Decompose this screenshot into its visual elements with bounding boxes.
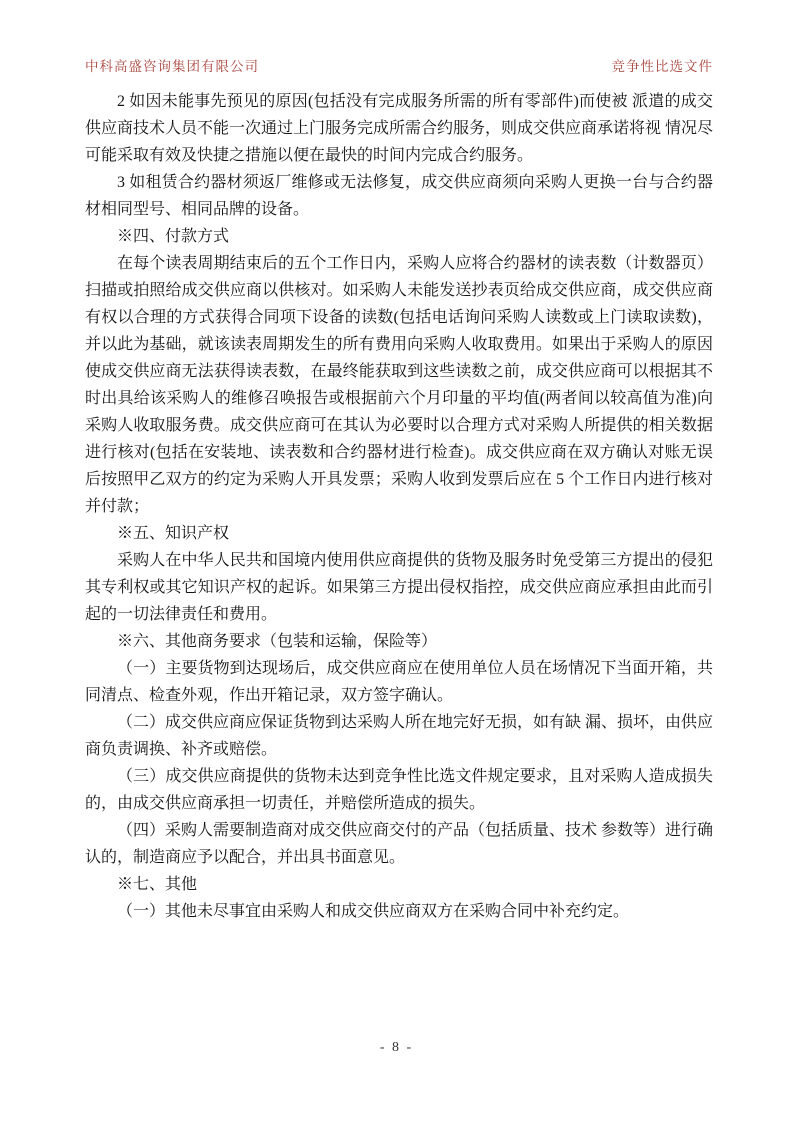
paragraph-supplementary-agreement: （一）其他未尽事宜由采购人和成交供应商双方在采购合同中补充约定。 [85, 898, 713, 925]
paragraph-item-3-nonconformance: （三）成交供应商提供的货物未达到竞争性比选文件规定要求，且对采购人造成损失的，由… [85, 763, 713, 817]
paragraph-equipment-replacement: 3 如租赁合约器材须返厂维修或无法修复，成交供应商须向采购人更换一台与合约器材相… [85, 169, 713, 223]
heading-section-4-payment: ※四、付款方式 [85, 223, 713, 250]
paragraph-item-2-delivery-condition: （二）成交供应商应保证货物到达采购人所在地完好无损，如有缺 漏、损坏，由供应商负… [85, 709, 713, 763]
heading-section-5-ip: ※五、知识产权 [85, 520, 713, 547]
paragraph-payment-terms: 在每个读表周期结束后的五个工作日内，采购人应将合约器材的读表数（计数器页）扫描或… [85, 250, 713, 520]
page-header: 中科高盛咨询集团有限公司 竞争性比选文件 [85, 55, 713, 75]
document-body: 2 如因未能事先预见的原因(包括没有完成服务所需的所有零部件)而使被 派遣的成交… [85, 88, 713, 925]
header-doc-type: 竞争性比选文件 [612, 55, 714, 75]
paragraph-service-remedy: 2 如因未能事先预见的原因(包括没有完成服务所需的所有零部件)而使被 派遣的成交… [85, 88, 713, 169]
heading-section-6-other-commercial: ※六、其他商务要求（包装和运输，保险等） [85, 628, 713, 655]
paragraph-ip-terms: 采购人在中华人民共和国境内使用供应商提供的货物及服务时免受第三方提出的侵犯其专利… [85, 547, 713, 628]
header-company-name: 中科高盛咨询集团有限公司 [85, 55, 259, 75]
heading-section-7-other: ※七、其他 [85, 871, 713, 898]
paragraph-item-4-manufacturer-confirmation: （四）采购人需要制造商对成交供应商交付的产品（包括质量、技术 参数等）进行确认的… [85, 817, 713, 871]
paragraph-item-1-unboxing: （一）主要货物到达现场后，成交供应商应在使用单位人员在场情况下当面开箱，共同清点… [85, 655, 713, 709]
page-footer: - 8 - [0, 1040, 793, 1056]
document-page: 中科高盛咨询集团有限公司 竞争性比选文件 2 如因未能事先预见的原因(包括没有完… [0, 0, 793, 1122]
page-number: - 8 - [380, 1040, 413, 1055]
